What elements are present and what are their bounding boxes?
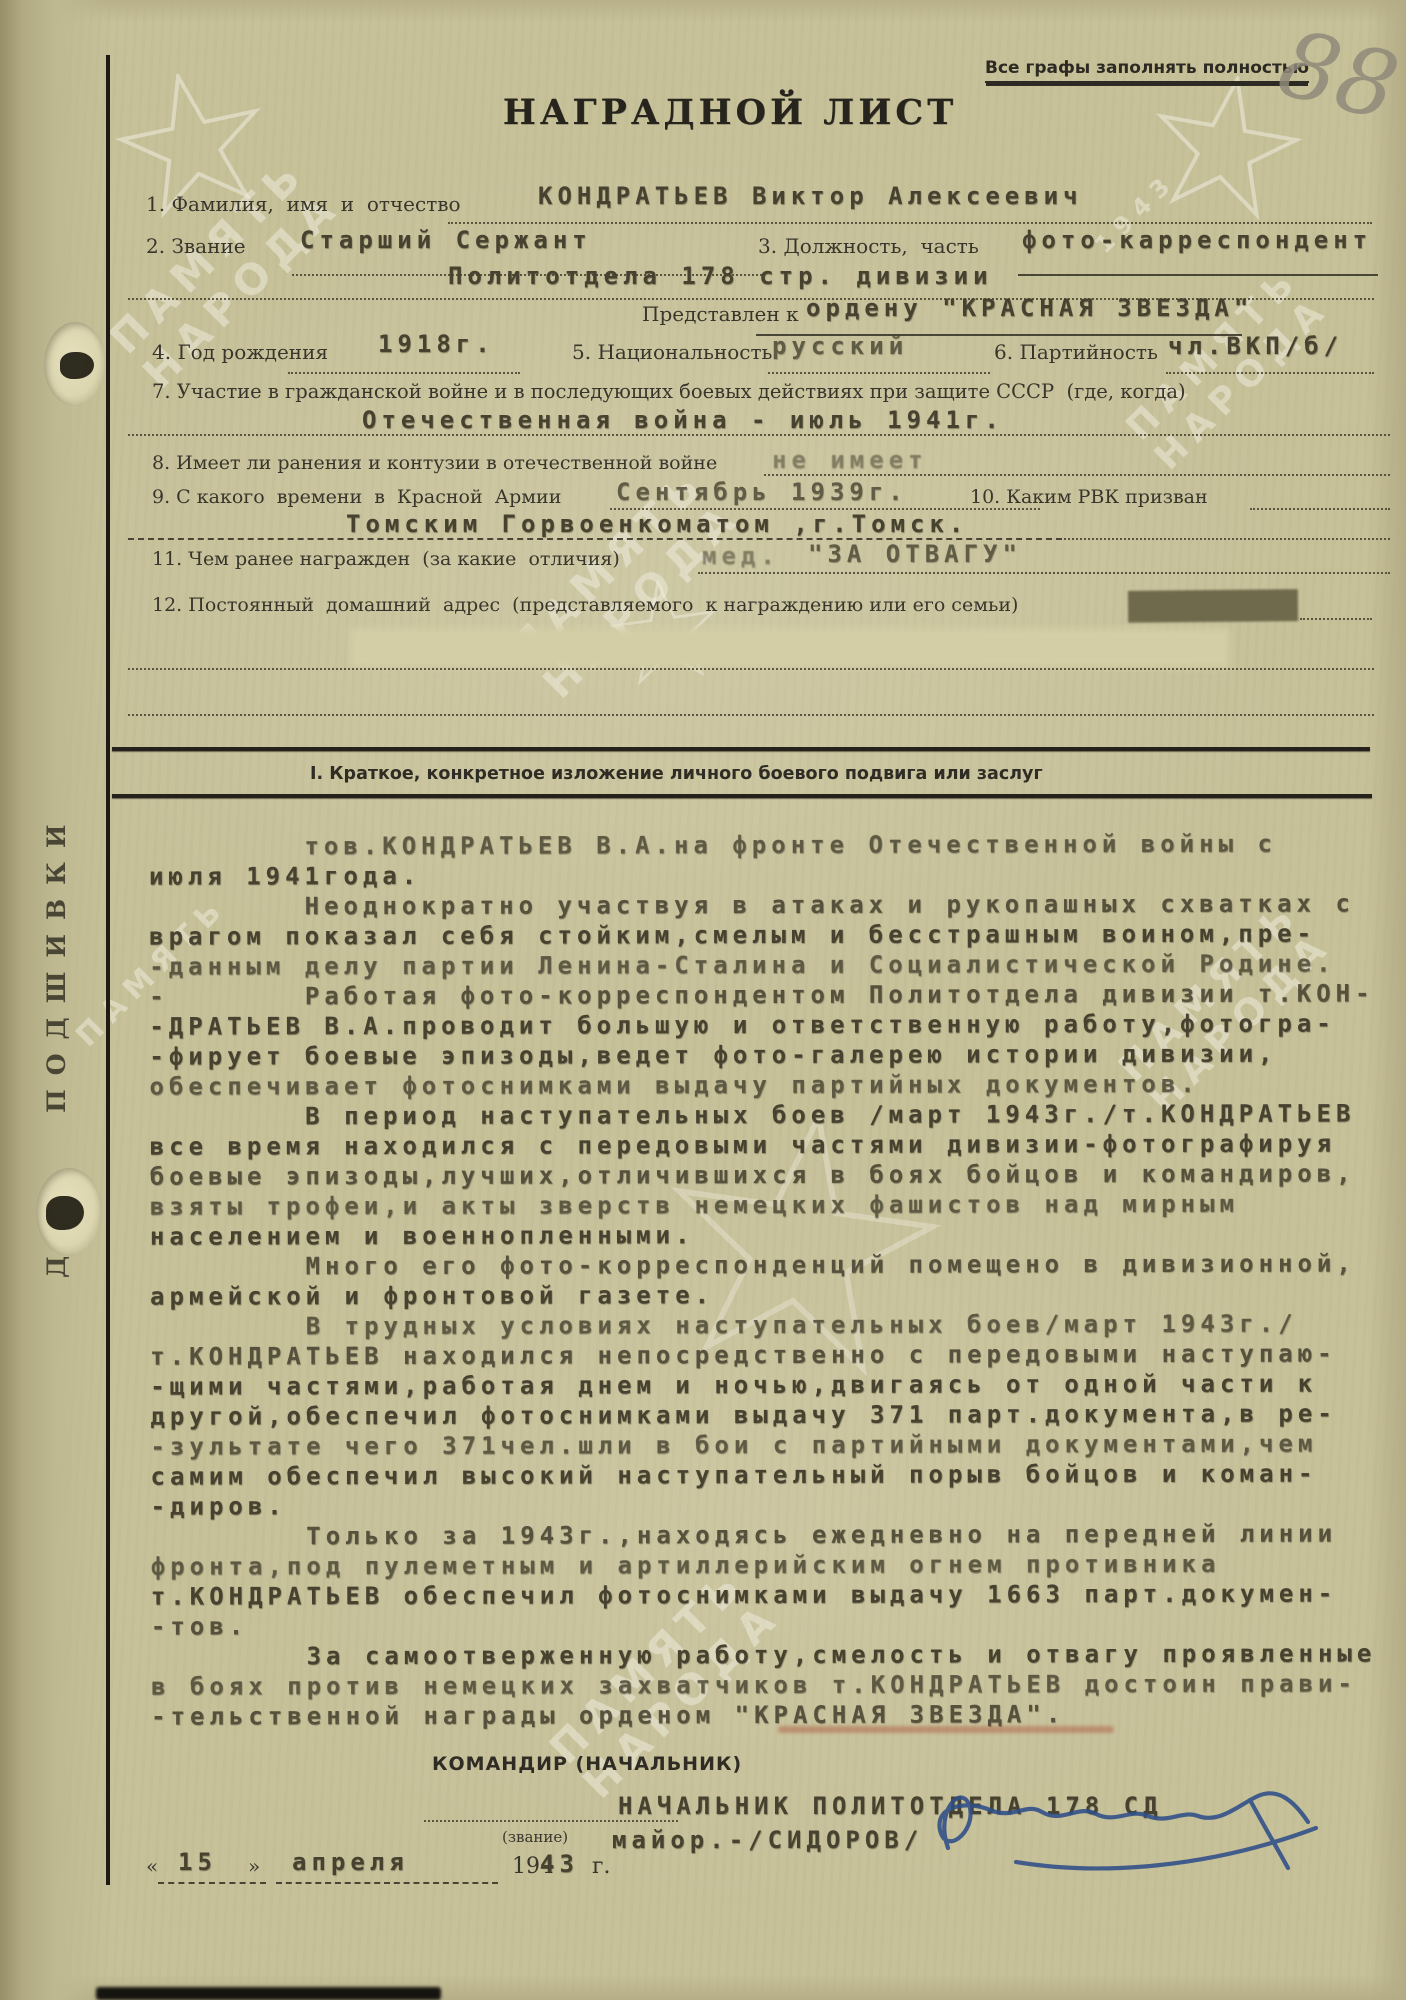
citation-line: т.КОНДРАТЬЕВ обеспечил фотоснимками выда… <box>151 1578 1391 1611</box>
citation-line: армейской и фронтовой газете. <box>150 1278 1390 1311</box>
date-quote-open: « <box>146 1854 158 1878</box>
date-year-suffix: г. <box>592 1854 611 1879</box>
field-1-label: 1. Фамилия, имя и отчество <box>146 192 461 216</box>
rule-line <box>128 642 1374 670</box>
citation-line: Много его фото-корреспонденций помещено … <box>150 1248 1390 1281</box>
rule-line <box>158 1856 266 1884</box>
scan-smudge <box>96 1987 441 2000</box>
document-title: НАГРАДНОЙ ЛИСТ <box>470 92 990 133</box>
citation-text: тов.КОНДРАТЬЕВ В.А.на фронте Отечественн… <box>149 828 1391 1731</box>
commander-label: КОМАНДИР (НАЧАЛЬНИК) <box>432 1753 742 1775</box>
rule-line <box>1300 592 1372 620</box>
citation-line: -зультате чего 371чел.шли в бои с партий… <box>150 1428 1390 1461</box>
citation-line: - Работая фото-корреспондентом Политотде… <box>149 978 1389 1011</box>
rule-line <box>1064 512 1390 540</box>
rule-line <box>768 346 990 374</box>
signature-ink <box>920 1770 1330 1885</box>
section-divider <box>112 747 1370 751</box>
citation-line: врагом показал себя стойким,смелым и бес… <box>149 918 1389 951</box>
citation-line: самим обеспечил высокий наступательный п… <box>150 1458 1390 1491</box>
field-11-label: 11. Чем ранее награжден (за какие отличи… <box>152 548 620 570</box>
rule-line <box>128 408 1390 436</box>
citation-line: июля 1941года. <box>149 858 1389 891</box>
red-pencil-mark <box>778 1726 1114 1733</box>
field-6-label: 6. Партийность <box>994 340 1158 364</box>
citation-line: боевые эпизоды,лучших,отличившихся в боя… <box>150 1158 1390 1191</box>
section-divider <box>112 794 1372 798</box>
citation-line: обеспечивает фотоснимками выдачу партийн… <box>149 1068 1389 1101</box>
header-instruction: Все графы заполнять полностью <box>985 58 1309 83</box>
citation-line: в боях против немецких захватчиков т.КОН… <box>151 1668 1391 1701</box>
citation-line: -тов. <box>151 1608 1391 1641</box>
rule-line <box>128 512 1062 540</box>
citation-line: тов.КОНДРАТЬЕВ В.А.на фронте Отечественн… <box>149 828 1389 861</box>
section-heading: I. Краткое, конкретное изложение личного… <box>310 764 1043 784</box>
citation-line: другой,обеспечил фотоснимками выдачу 371… <box>150 1398 1390 1431</box>
citation-line: -диров. <box>151 1488 1391 1521</box>
margin-rule-vertical <box>106 55 110 1885</box>
citation-line: За самоотверженную работу,смелость и отв… <box>151 1638 1391 1671</box>
field-8-label: 8. Имеет ли ранения и контузии в отечест… <box>152 452 717 474</box>
citation-line: -тельственной награды орденом "КРАСНАЯ З… <box>151 1698 1391 1731</box>
citation-line: -данным делу партии Ленина-Сталина и Соц… <box>149 948 1389 981</box>
citation-line: взяты трофеи,и акты зверств немецких фаш… <box>150 1188 1390 1221</box>
rule-line <box>698 546 1390 574</box>
citation-line: -щими частями,работая днем и ночью,двига… <box>150 1368 1390 1401</box>
rule-line <box>128 688 1374 716</box>
rule-line <box>1250 482 1390 510</box>
citation-line: фронта,под пулеметным и артиллерийским о… <box>151 1548 1391 1581</box>
rule-line <box>448 196 1372 224</box>
rule-line <box>276 1856 498 1884</box>
rule-line <box>1166 346 1374 374</box>
field-2-label: 2. Звание <box>146 234 246 258</box>
field-10-label: 10. Каким РВК призван <box>970 486 1208 508</box>
field-12-label: 12. Постоянный домашний адрес (представл… <box>152 594 1018 616</box>
signer-rank-name: майор.-/СИДОРОВ/ <box>612 1826 923 1854</box>
citation-line: -фирует боевые эпизоды,ведет фото-галере… <box>149 1038 1389 1071</box>
field-5-label: 5. Национальность <box>572 340 772 364</box>
citation-line: т.КОНДРАТЬЕВ находился непосредственно с… <box>150 1338 1390 1371</box>
rule-line <box>764 448 1390 476</box>
citation-line: -ДРАТЬЕВ В.А.проводит большую и ответств… <box>149 1008 1389 1041</box>
field-3-label: 3. Должность, часть <box>758 234 979 258</box>
field-9-label: 9. С какого времени в Красной Армии <box>152 486 561 508</box>
citation-line: населением и военнопленными. <box>150 1218 1390 1251</box>
date-year-typed: 43 <box>540 1850 579 1878</box>
field-7-label: 7. Участие в гражданской войне и в после… <box>152 380 1186 403</box>
citation-line: В трудных условиях наступательных боев/м… <box>150 1308 1390 1341</box>
citation-line: Только за 1943г.,находясь ежедневно на п… <box>151 1518 1391 1551</box>
rule-line <box>424 1794 678 1822</box>
award-sheet-scan: ПАМЯТЬ НАРОДА 1943 ПАМЯТЬ НАРОДА ПАМЯТЬ … <box>0 0 1406 2000</box>
citation-line: все время находился с передовыми частями… <box>150 1128 1390 1161</box>
rank-caption: (звание) <box>502 1828 568 1846</box>
citation-line: В период наступательных боев /март 1943г… <box>150 1098 1390 1131</box>
citation-line: Неоднократно участвуя в атаках и рукопаш… <box>149 888 1389 921</box>
redaction-box <box>1128 589 1298 623</box>
rule-line <box>288 346 520 374</box>
